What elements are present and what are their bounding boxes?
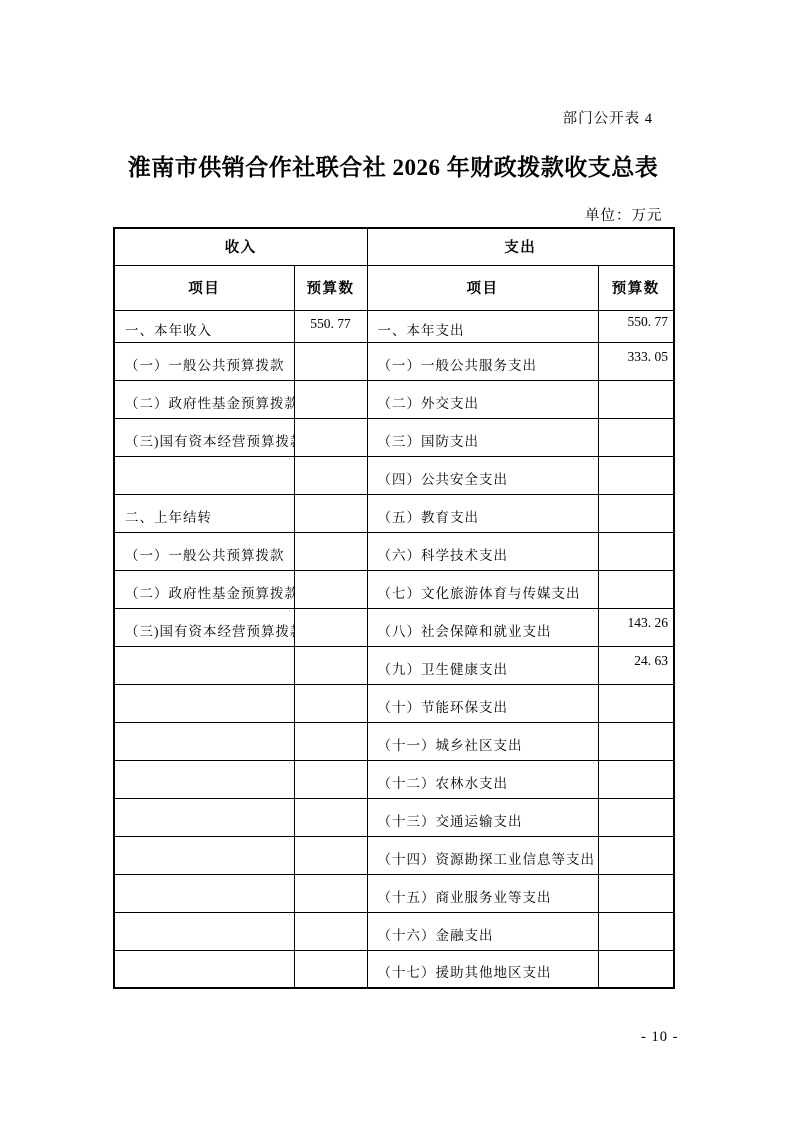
table-row: （十）节能环保支出	[114, 684, 674, 722]
expense-item-cell: （一）一般公共服务支出	[367, 342, 598, 380]
income-item-cell: （三)国有资本经营预算拨款	[114, 418, 294, 456]
income-item-cell	[114, 760, 294, 798]
page-title: 淮南市供销合作社联合社 2026 年财政拨款收支总表	[113, 149, 673, 182]
expense-value-cell: 143. 26	[598, 608, 674, 646]
income-item-cell	[114, 950, 294, 988]
expense-item-cell: （四）公共安全支出	[367, 456, 598, 494]
income-value-cell	[294, 950, 367, 988]
income-item-cell	[114, 912, 294, 950]
expense-value-cell	[598, 380, 674, 418]
table-row: （二）政府性基金预算拨款 （七）文化旅游体育与传媒支出	[114, 570, 674, 608]
income-value-cell	[294, 836, 367, 874]
expense-value-cell	[598, 760, 674, 798]
income-item-cell	[114, 646, 294, 684]
table-row: （一）一般公共预算拨款 （一）一般公共服务支出 333. 05	[114, 342, 674, 380]
budget-summary-table: 收入 支出 项目 预算数 项目 预算数 一、本年收入 550. 77 一、本年支…	[113, 227, 675, 989]
income-item-cell	[114, 798, 294, 836]
income-value-cell	[294, 874, 367, 912]
expense-item-cell: （九）卫生健康支出	[367, 646, 598, 684]
column-header-row: 项目 预算数 项目 预算数	[114, 265, 674, 310]
income-item-cell: 二、上年结转	[114, 494, 294, 532]
table-row: （三)国有资本经营预算拨款 （三）国防支出	[114, 418, 674, 456]
table-row: （十六）金融支出	[114, 912, 674, 950]
expense-value-cell	[598, 570, 674, 608]
table-row: （十一）城乡社区支出	[114, 722, 674, 760]
expense-value-cell	[598, 418, 674, 456]
income-value-cell	[294, 760, 367, 798]
expense-value-cell	[598, 912, 674, 950]
expense-value-cell	[598, 874, 674, 912]
table-row: （三)国有资本经营预算拨款 （八）社会保障和就业支出 143. 26	[114, 608, 674, 646]
income-item-cell	[114, 456, 294, 494]
income-value-cell	[294, 912, 367, 950]
expense-budget-column-header: 预算数	[598, 265, 674, 310]
table-row: （十七）援助其他地区支出	[114, 950, 674, 988]
expense-value-cell: 550. 77	[598, 310, 674, 342]
expense-value-cell	[598, 722, 674, 760]
expense-value-cell	[598, 950, 674, 988]
expense-section-header: 支出	[367, 228, 674, 265]
table-row: （十四）资源勘探工业信息等支出	[114, 836, 674, 874]
expense-item-cell: （十一）城乡社区支出	[367, 722, 598, 760]
expense-value-cell	[598, 532, 674, 570]
expense-item-cell: （十六）金融支出	[367, 912, 598, 950]
expense-item-cell: （八）社会保障和就业支出	[367, 608, 598, 646]
income-value-cell	[294, 380, 367, 418]
expense-value-cell	[598, 494, 674, 532]
table-row: 一、本年收入 550. 77 一、本年支出 550. 77	[114, 310, 674, 342]
income-item-cell: （一）一般公共预算拨款	[114, 532, 294, 570]
table-body: 一、本年收入 550. 77 一、本年支出 550. 77 （一）一般公共预算拨…	[114, 310, 674, 988]
income-budget-column-header: 预算数	[294, 265, 367, 310]
expense-value-cell	[598, 684, 674, 722]
table-row: （九）卫生健康支出 24. 63	[114, 646, 674, 684]
expense-item-cell: （十四）资源勘探工业信息等支出	[367, 836, 598, 874]
expense-item-cell: （二）外交支出	[367, 380, 598, 418]
expense-value-cell	[598, 836, 674, 874]
income-value-cell	[294, 494, 367, 532]
income-value-cell	[294, 684, 367, 722]
income-item-cell	[114, 684, 294, 722]
income-value-cell	[294, 532, 367, 570]
table-row: （十二）农林水支出	[114, 760, 674, 798]
expense-item-cell: （十三）交通运输支出	[367, 798, 598, 836]
table-row: （四）公共安全支出	[114, 456, 674, 494]
page-number: - 10 -	[641, 1029, 678, 1046]
income-item-cell	[114, 722, 294, 760]
income-value-cell: 550. 77	[294, 310, 367, 342]
expense-item-column-header: 项目	[367, 265, 598, 310]
income-section-header: 收入	[114, 228, 367, 265]
income-value-cell	[294, 456, 367, 494]
income-value-cell	[294, 342, 367, 380]
income-item-cell	[114, 836, 294, 874]
income-value-cell	[294, 646, 367, 684]
table-row: （十五）商业服务业等支出	[114, 874, 674, 912]
expense-item-cell: （五）教育支出	[367, 494, 598, 532]
income-value-cell	[294, 722, 367, 760]
income-item-cell: （三)国有资本经营预算拨款	[114, 608, 294, 646]
expense-value-cell: 333. 05	[598, 342, 674, 380]
income-item-cell	[114, 874, 294, 912]
expense-item-cell: （六）科学技术支出	[367, 532, 598, 570]
table-row: （二）政府性基金预算拨款 （二）外交支出	[114, 380, 674, 418]
expense-value-cell: 24. 63	[598, 646, 674, 684]
expense-item-cell: （十七）援助其他地区支出	[367, 950, 598, 988]
table-row: 二、上年结转 （五）教育支出	[114, 494, 674, 532]
doc-public-table-label: 部门公开表 4	[563, 107, 653, 128]
section-header-row: 收入 支出	[114, 228, 674, 265]
income-value-cell	[294, 798, 367, 836]
income-item-cell: 一、本年收入	[114, 310, 294, 342]
income-value-cell	[294, 608, 367, 646]
expense-item-cell: 一、本年支出	[367, 310, 598, 342]
table-row: （十三）交通运输支出	[114, 798, 674, 836]
income-item-column-header: 项目	[114, 265, 294, 310]
income-value-cell	[294, 418, 367, 456]
income-value-cell	[294, 570, 367, 608]
expense-value-cell	[598, 456, 674, 494]
table-header: 收入 支出 项目 预算数 项目 预算数	[114, 228, 674, 310]
table-row: （一）一般公共预算拨款 （六）科学技术支出	[114, 532, 674, 570]
expense-item-cell: （十）节能环保支出	[367, 684, 598, 722]
expense-value-cell	[598, 798, 674, 836]
expense-item-cell: （十二）农林水支出	[367, 760, 598, 798]
income-item-cell: （二）政府性基金预算拨款	[114, 570, 294, 608]
expense-item-cell: （十五）商业服务业等支出	[367, 874, 598, 912]
expense-item-cell: （七）文化旅游体育与传媒支出	[367, 570, 598, 608]
income-item-cell: （二）政府性基金预算拨款	[114, 380, 294, 418]
income-item-cell: （一）一般公共预算拨款	[114, 342, 294, 380]
expense-item-cell: （三）国防支出	[367, 418, 598, 456]
unit-label: 单位：万元	[585, 204, 663, 225]
